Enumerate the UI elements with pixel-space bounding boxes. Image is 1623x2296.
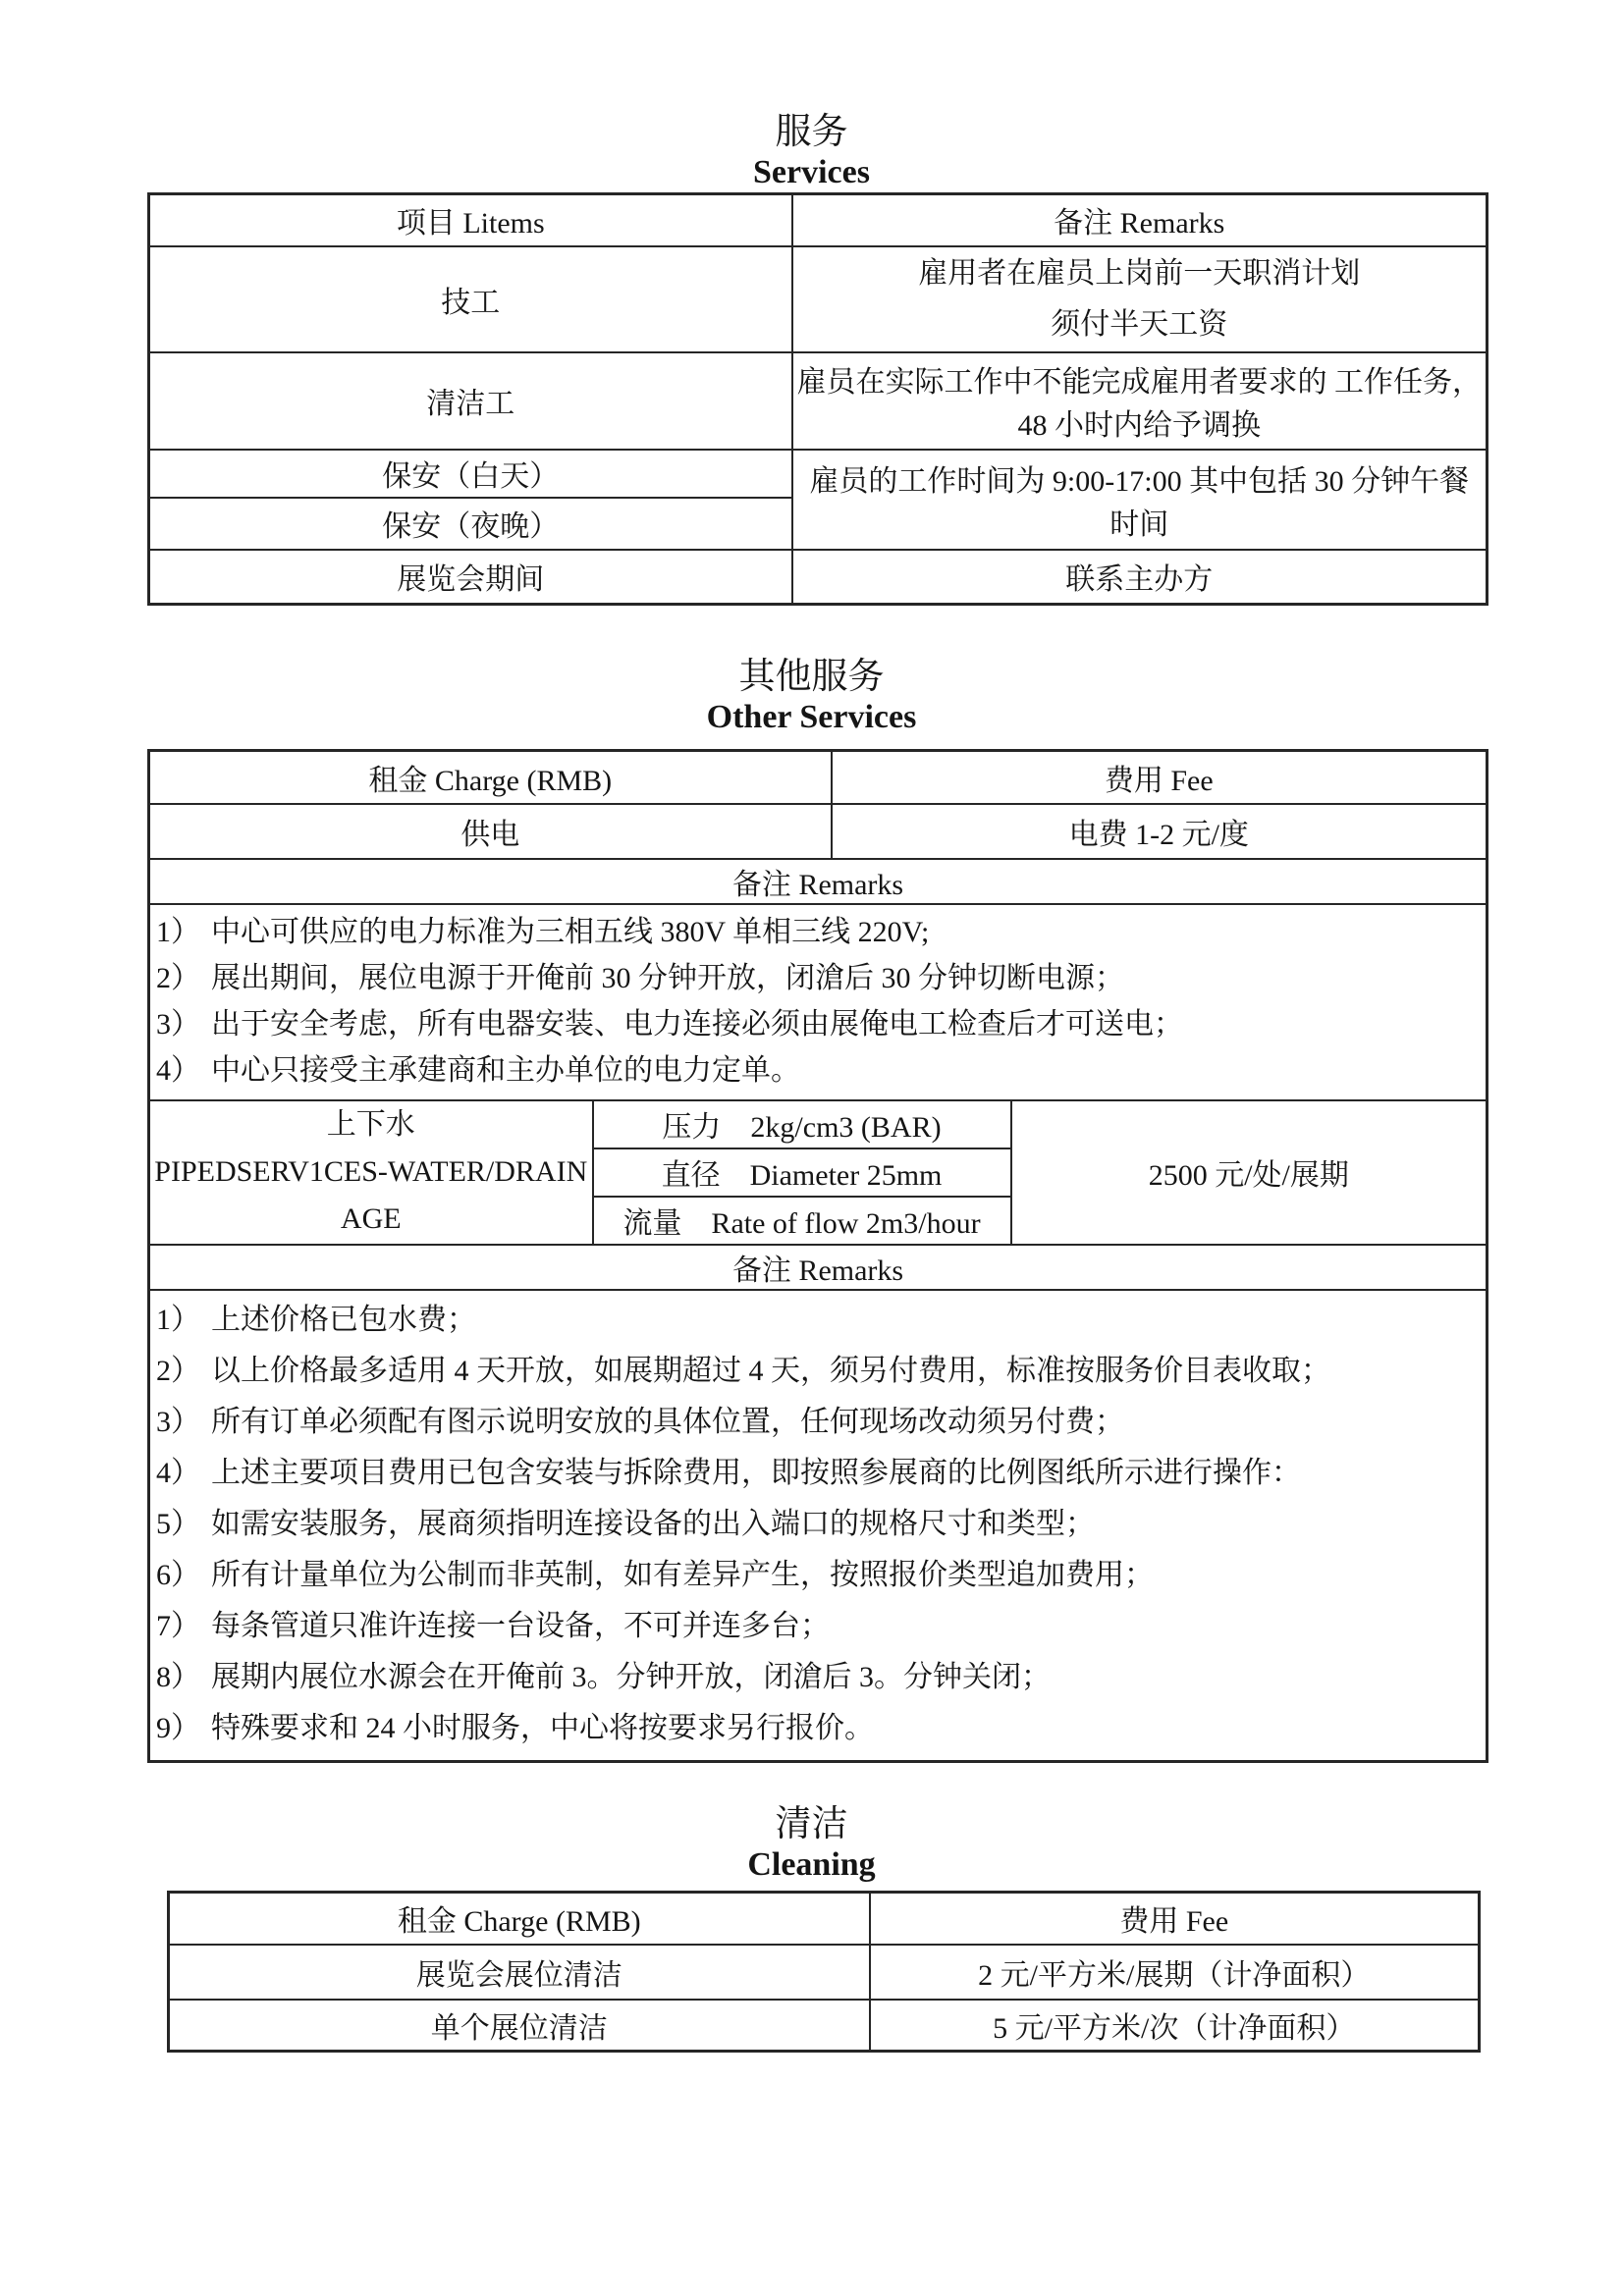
note-text: 所有计量单位为公制而非英制，如有差异产生，按照报价类型追加费用； (211, 1559, 1154, 1591)
note-text: 展期内展位水源会在开俺前 3。分钟开放，闭滄后 3。分钟关闭； (211, 1661, 1051, 1693)
note-text: 每条管道只准许连接一台设备，不可并连多台； (211, 1610, 830, 1642)
other-services-title-zh: 其他服务 (0, 657, 1623, 698)
note-number: 5） (156, 1499, 200, 1550)
piped-pressure: 压力 2kg/cm3 (BAR) (593, 1100, 1011, 1148)
note-text: 出于安全考虑，所有电器安装、电力连接必须由展俺电工检查后才可送电； (211, 1008, 1183, 1041)
list-item: 8） 展期内展位水源会在开俺前 3。分钟开放，闭滄后 3。分钟关闭； (150, 1652, 1478, 1703)
row-guards-remark: 雇员的工作时间为 9:00-17:00 其中包括 30 分钟午餐时间 (792, 450, 1488, 550)
row-exhibition-remark: 联系主办方 (792, 550, 1488, 605)
table-row: 展览会展位清洁 2 元/平方米/展期（计净面积） (169, 1945, 1480, 2000)
row-exhibition-cleaning-label: 展览会展位清洁 (169, 1945, 870, 2000)
note-number: 6） (156, 1550, 200, 1601)
note-number: 7） (156, 1601, 200, 1652)
list-item: 1） 上述价格已包水费； (150, 1295, 1478, 1346)
technician-remark-line1: 雇用者在雇员上岗前一天职消计划 (797, 254, 1483, 294)
table-row: 清洁工 雇员在实际工作中不能完成雇用者要求的 工作任务，48 小时内给予调换 (149, 352, 1488, 450)
services-table: 项目 Litems 备注 Remarks 技工 雇用者在雇员上岗前一天职消计划 … (147, 192, 1488, 606)
other-services-title-en: Other Services (0, 698, 1623, 737)
note-text: 如需安装服务，展商须指明连接设备的出入端口的规格尺寸和类型； (211, 1508, 1095, 1540)
table-row: 备注 Remarks (149, 859, 1488, 904)
cleaning-title-en: Cleaning (0, 1845, 1623, 1885)
note-text: 上述主要项目费用已包含安装与拆除费用，即按照参展商的比例图纸所示进行操作： (211, 1457, 1301, 1489)
note-text: 展出期间，展位电源于开俺前 30 分钟开放，闭滄后 30 分钟切断电源； (211, 962, 1124, 994)
list-item: 7） 每条管道只准许连接一台设备，不可并连多台； (150, 1601, 1478, 1652)
cleaning-title-zh: 清洁 (0, 1804, 1623, 1845)
table-row: 1） 中心可供应的电力标准为三相五线 380V 单相三线 220V; 2） 展出… (149, 904, 1488, 1100)
list-item: 3） 出于安全考虑，所有电器安装、电力连接必须由展俺电工检查后才可送电； (150, 1001, 1478, 1047)
services-title-en: Services (0, 153, 1623, 192)
document-page: 服务 Services 项目 Litems 备注 Remarks 技工 雇用者在… (0, 0, 1623, 2296)
row-cleaner-label: 清洁工 (149, 352, 792, 450)
note-number: 8） (156, 1652, 200, 1703)
note-text: 中心只接受主承建商和主办单位的电力定单。 (211, 1054, 800, 1087)
row-guard-day-label: 保安（白天） (149, 450, 792, 498)
piped-remarks-header: 备注 Remarks (149, 1245, 1488, 1290)
list-item: 4） 上述主要项目费用已包含安装与拆除费用，即按照参展商的比例图纸所示进行操作： (150, 1448, 1478, 1499)
list-item: 9） 特殊要求和 24 小时服务，中心将按要求另行报价。 (150, 1703, 1478, 1754)
table-row: 上下水 PIPEDSERV1CES-WATER/DRAIN AGE 压力 2kg… (149, 1100, 1488, 1148)
list-item: 6） 所有计量单位为公制而非英制，如有差异产生，按照报价类型追加费用； (150, 1550, 1478, 1601)
table-row: 保安（白天） 雇员的工作时间为 9:00-17:00 其中包括 30 分钟午餐时… (149, 450, 1488, 498)
row-power-fee: 电费 1-2 元/度 (832, 804, 1488, 859)
power-notes-cell: 1） 中心可供应的电力标准为三相五线 380V 单相三线 220V; 2） 展出… (149, 904, 1488, 1100)
piped-name-en-line1: PIPEDSERV1CES-WATER/DRAIN (154, 1148, 588, 1196)
note-number: 1） (156, 909, 200, 955)
row-cleaner-remark: 雇员在实际工作中不能完成雇用者要求的 工作任务，48 小时内给予调换 (792, 352, 1488, 450)
other-col-charge-header: 租金 Charge (RMB) (149, 751, 832, 804)
services-col-remarks-header: 备注 Remarks (792, 194, 1488, 246)
piped-flow: 流量 Rate of flow 2m3/hour (593, 1197, 1011, 1245)
table-row: 单个展位清洁 5 元/平方米/次（计净面积） (169, 2000, 1480, 2051)
row-guard-night-label: 保安（夜晚） (149, 498, 792, 550)
table-row: 备注 Remarks (149, 1245, 1488, 1290)
note-number: 2） (156, 1346, 200, 1397)
note-number: 4） (156, 1448, 200, 1499)
note-number: 2） (156, 955, 200, 1001)
other-services-table: 租金 Charge (RMB) 费用 Fee 供电 电费 1-2 元/度 备注 … (147, 749, 1488, 1763)
table-row: 供电 电费 1-2 元/度 (149, 804, 1488, 859)
cleaning-table: 租金 Charge (RMB) 费用 Fee 展览会展位清洁 2 元/平方米/展… (167, 1891, 1481, 2053)
cleaning-col-charge-header: 租金 Charge (RMB) (169, 1892, 870, 1945)
row-single-booth-cleaning-label: 单个展位清洁 (169, 2000, 870, 2051)
row-single-booth-cleaning-fee: 5 元/平方米/次（计净面积） (870, 2000, 1480, 2051)
power-remarks-header: 备注 Remarks (149, 859, 1488, 904)
services-title-zh: 服务 (0, 0, 1623, 153)
note-text: 中心可供应的电力标准为三相五线 380V 单相三线 220V; (211, 916, 929, 948)
list-item: 1） 中心可供应的电力标准为三相五线 380V 单相三线 220V; (150, 909, 1478, 955)
other-col-fee-header: 费用 Fee (832, 751, 1488, 804)
note-text: 以上价格最多适用 4 天开放，如展期超过 4 天，须另付费用，标准按服务价目表收… (211, 1355, 1330, 1387)
table-row: 技工 雇用者在雇员上岗前一天职消计划 须付半天工资 (149, 246, 1488, 352)
note-number: 9） (156, 1703, 200, 1754)
row-power-label: 供电 (149, 804, 832, 859)
note-number: 1） (156, 1295, 200, 1346)
row-exhibition-label: 展览会期间 (149, 550, 792, 605)
note-number: 4） (156, 1047, 200, 1094)
table-row: 1） 上述价格已包水费； 2） 以上价格最多适用 4 天开放，如展期超过 4 天… (149, 1290, 1488, 1762)
row-technician-remark: 雇用者在雇员上岗前一天职消计划 须付半天工资 (792, 246, 1488, 352)
note-number: 3） (156, 1001, 200, 1047)
section-gap (0, 1763, 1623, 1804)
piped-fee: 2500 元/处/展期 (1011, 1100, 1488, 1245)
piped-services-name: 上下水 PIPEDSERV1CES-WATER/DRAIN AGE (149, 1100, 593, 1245)
piped-name-en-line2: AGE (154, 1196, 588, 1243)
piped-name-zh: 上下水 (154, 1101, 588, 1148)
section-gap (0, 606, 1623, 657)
list-item: 2） 以上价格最多适用 4 天开放，如展期超过 4 天，须另付费用，标准按服务价… (150, 1346, 1478, 1397)
services-col-item-header: 项目 Litems (149, 194, 792, 246)
row-exhibition-cleaning-fee: 2 元/平方米/展期（计净面积） (870, 1945, 1480, 2000)
piped-diameter: 直径 Diameter 25mm (593, 1148, 1011, 1197)
piped-notes-cell: 1） 上述价格已包水费； 2） 以上价格最多适用 4 天开放，如展期超过 4 天… (149, 1290, 1488, 1762)
note-text: 所有订单必须配有图示说明安放的具体位置，任何现场改动须另付费； (211, 1406, 1124, 1438)
technician-remark-line2: 须付半天工资 (797, 305, 1483, 345)
table-row: 展览会期间 联系主办方 (149, 550, 1488, 605)
list-item: 2） 展出期间，展位电源于开俺前 30 分钟开放，闭滄后 30 分钟切断电源； (150, 955, 1478, 1001)
cleaning-col-fee-header: 费用 Fee (870, 1892, 1480, 1945)
note-text: 上述价格已包水费； (211, 1304, 476, 1336)
list-item: 4） 中心只接受主承建商和主办单位的电力定单。 (150, 1047, 1478, 1094)
note-text: 特殊要求和 24 小时服务，中心将按要求另行报价。 (211, 1712, 874, 1744)
row-technician-label: 技工 (149, 246, 792, 352)
note-number: 3） (156, 1397, 200, 1448)
list-item: 5） 如需安装服务，展商须指明连接设备的出入端口的规格尺寸和类型； (150, 1499, 1478, 1550)
list-item: 3） 所有订单必须配有图示说明安放的具体位置，任何现场改动须另付费； (150, 1397, 1478, 1448)
